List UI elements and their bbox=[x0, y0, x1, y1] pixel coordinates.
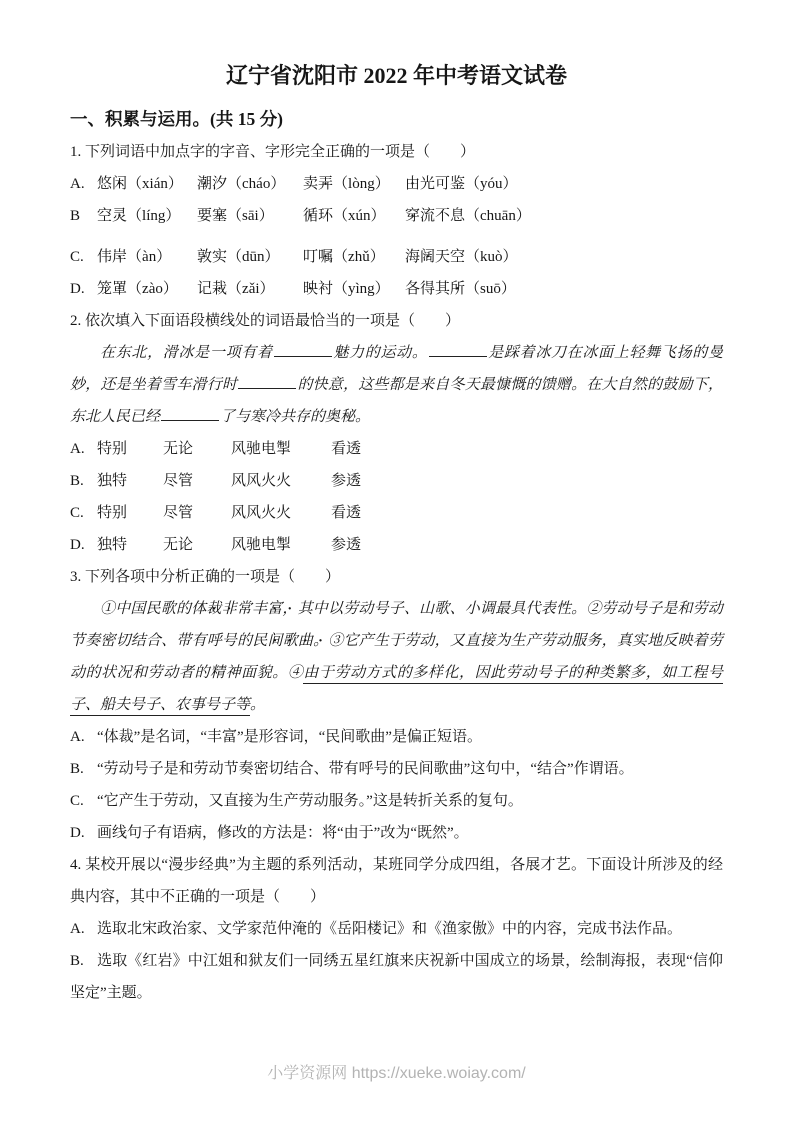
question-4-option-a: A.选取北宋政治家、文学家范仲淹的《岳阳楼记》和《渔家傲》中的内容，完成书法作品… bbox=[70, 913, 723, 945]
option-label: B. bbox=[70, 465, 97, 497]
underlined-sentence: 由于劳动方式的多样化，因此劳动号子的种类繁多，如工程号子、船夫号子、农事号子等 bbox=[70, 665, 723, 716]
exam-document-page: 辽宁省沈阳市 2022 年中考语文试卷 一、积累与运用。(共 15 分) 1. … bbox=[0, 0, 793, 1122]
word-pinyin-item: 海阔天空（kuò） bbox=[405, 249, 518, 265]
fill-blank-line bbox=[238, 374, 296, 389]
word-choice: 无论 bbox=[163, 529, 231, 561]
word-pinyin-item: 循环（xún） bbox=[303, 200, 405, 232]
word-pinyin-item: 悠闲（xián） bbox=[97, 168, 197, 200]
option-label: C. bbox=[70, 785, 97, 817]
option-label: D. bbox=[70, 817, 97, 849]
word-pinyin-item: 各得其所（suō） bbox=[405, 281, 516, 297]
question-3-option-b: B.“劳动号子是和劳动节奏密切结合、带有呼号的民间歌曲”这句中，“结合”作谓语。 bbox=[70, 753, 723, 785]
question-1-option-a: A.悠闲（xián）潮汐（cháo）卖弄（lòng）由光可鉴（yóu） bbox=[70, 168, 723, 200]
option-label: B. bbox=[70, 945, 97, 977]
option-label: D. bbox=[70, 273, 97, 305]
fill-blank-line bbox=[161, 406, 219, 421]
section-1-heading: 一、积累与运用。(共 15 分) bbox=[70, 102, 723, 136]
word-pinyin-item: 空灵（líng） bbox=[97, 200, 197, 232]
word-choice: 风风火火 bbox=[231, 497, 331, 529]
option-text: “它产生于劳动，又直接为生产劳动服务。”这是转折关系的复句。 bbox=[97, 793, 523, 809]
word-choice: 风驰电掣 bbox=[231, 433, 331, 465]
word-choice: 特别 bbox=[97, 497, 163, 529]
question-4-option-b: B.选取《红岩》中江姐和狱友们一同绣五星红旗来庆祝新中国成立的场景，绘制海报，表… bbox=[70, 945, 723, 1009]
option-label: D. bbox=[70, 529, 97, 561]
word-choice: 看透 bbox=[331, 441, 361, 457]
document-title: 辽宁省沈阳市 2022 年中考语文试卷 bbox=[70, 58, 723, 94]
question-2-option-d: D.独特无论风驰电掣参透 bbox=[70, 529, 723, 561]
question-3-option-c: C.“它产生于劳动，又直接为生产劳动服务。”这是转折关系的复句。 bbox=[70, 785, 723, 817]
word-choice: 风驰电掣 bbox=[231, 529, 331, 561]
word-pinyin-item: 映衬（yìng） bbox=[303, 273, 405, 305]
question-1-option-c: C.伟岸（àn）敦实（dūn）叮嘱（zhǔ）海阔天空（kuò） bbox=[70, 241, 723, 273]
option-label: B bbox=[70, 200, 97, 232]
word-choice: 尽管 bbox=[163, 497, 231, 529]
question-2-option-a: A.特别无论风驰电掣看透 bbox=[70, 433, 723, 465]
word-pinyin-item: 伟岸（àn） bbox=[97, 241, 197, 273]
question-3-option-a: A.“体裁”是名词，“丰富”是形容词，“民间歌曲”是偏正短语。 bbox=[70, 721, 723, 753]
option-text: 画线句子有语病，修改的方法是：将“由于”改为“既然”。 bbox=[97, 825, 469, 841]
word-choice: 独特 bbox=[97, 529, 163, 561]
word-choice: 风风火火 bbox=[231, 465, 331, 497]
question-1-stem: 1. 下列词语中加点字的字音、字形完全正确的一项是（ ） bbox=[70, 136, 723, 168]
option-label: C. bbox=[70, 497, 97, 529]
word-choice: 尽管 bbox=[163, 465, 231, 497]
question-1-option-d: D.笼罩（zào）记栽（zǎi）映衬（yìng）各得其所（suō） bbox=[70, 273, 723, 305]
option-text: 选取《红岩》中江姐和狱友们一同绣五星红旗来庆祝新中国成立的场景，绘制海报，表现“… bbox=[70, 953, 723, 1001]
option-label: A. bbox=[70, 168, 97, 200]
question-2-passage: 在东北，滑冰是一项有着魅力的运动。是踩着冰刀在冰面上轻舞飞扬的曼妙，还是坐着雪车… bbox=[70, 337, 723, 433]
footer-credit: 小学资源网 https://xueke.woiay.com/ bbox=[0, 1060, 793, 1083]
word-pinyin-item: 叮嘱（zhǔ） bbox=[303, 241, 405, 273]
word-pinyin-item: 记栽（zǎi） bbox=[197, 273, 303, 305]
word-pinyin-item: 卖弄（lòng） bbox=[303, 168, 405, 200]
option-text: 选取北宋政治家、文学家范仲淹的《岳阳楼记》和《渔家傲》中的内容，完成书法作品。 bbox=[97, 921, 682, 937]
question-4-stem: 4. 某校开展以“漫步经典”为主题的系列活动，某班同学分成四组，各展才艺。下面设… bbox=[70, 849, 723, 913]
option-label: A. bbox=[70, 913, 97, 945]
option-label: A. bbox=[70, 433, 97, 465]
word-pinyin-item: 潮汐（cháo） bbox=[197, 168, 303, 200]
word-choice: 看透 bbox=[331, 505, 361, 521]
word-choice: 特别 bbox=[97, 433, 163, 465]
question-3-stem: 3. 下列各项中分析正确的一项是（ ） bbox=[70, 561, 723, 593]
fill-blank-line bbox=[274, 342, 332, 357]
question-3-option-d: D.画线句子有语病，修改的方法是：将“由于”改为“既然”。 bbox=[70, 817, 723, 849]
option-label: A. bbox=[70, 721, 97, 753]
question-3-passage: ①中国民歌的体裁非常丰富，其中以劳动号子、山歌、小调最具代表性。②劳动号子是和劳… bbox=[70, 593, 723, 721]
option-label: C. bbox=[70, 241, 97, 273]
word-pinyin-item: 笼罩（zào） bbox=[97, 273, 197, 305]
question-1-option-b: B空灵（líng）要塞（sāi）循环（xún）穿流不息（chuān） bbox=[70, 200, 723, 232]
option-text: “劳动号子是和劳动节奏密切结合、带有呼号的民间歌曲”这句中，“结合”作谓语。 bbox=[97, 761, 634, 777]
word-pinyin-item: 要塞（sāi） bbox=[197, 200, 303, 232]
question-2-stem: 2. 依次填入下面语段横线处的词语最恰当的一项是（ ） bbox=[70, 305, 723, 337]
question-2-option-b: B.独特尽管风风火火参透 bbox=[70, 465, 723, 497]
word-pinyin-item: 穿流不息（chuān） bbox=[405, 208, 531, 224]
option-label: B. bbox=[70, 753, 97, 785]
word-choice: 无论 bbox=[163, 433, 231, 465]
word-choice: 独特 bbox=[97, 465, 163, 497]
question-2-option-c: C.特别尽管风风火火看透 bbox=[70, 497, 723, 529]
word-pinyin-item: 敦实（dūn） bbox=[197, 241, 303, 273]
word-choice: 参透 bbox=[331, 473, 361, 489]
fill-blank-line bbox=[429, 342, 487, 357]
option-text: “体裁”是名词，“丰富”是形容词，“民间歌曲”是偏正短语。 bbox=[97, 729, 482, 745]
word-choice: 参透 bbox=[331, 537, 361, 553]
word-pinyin-item: 由光可鉴（yóu） bbox=[405, 176, 518, 192]
